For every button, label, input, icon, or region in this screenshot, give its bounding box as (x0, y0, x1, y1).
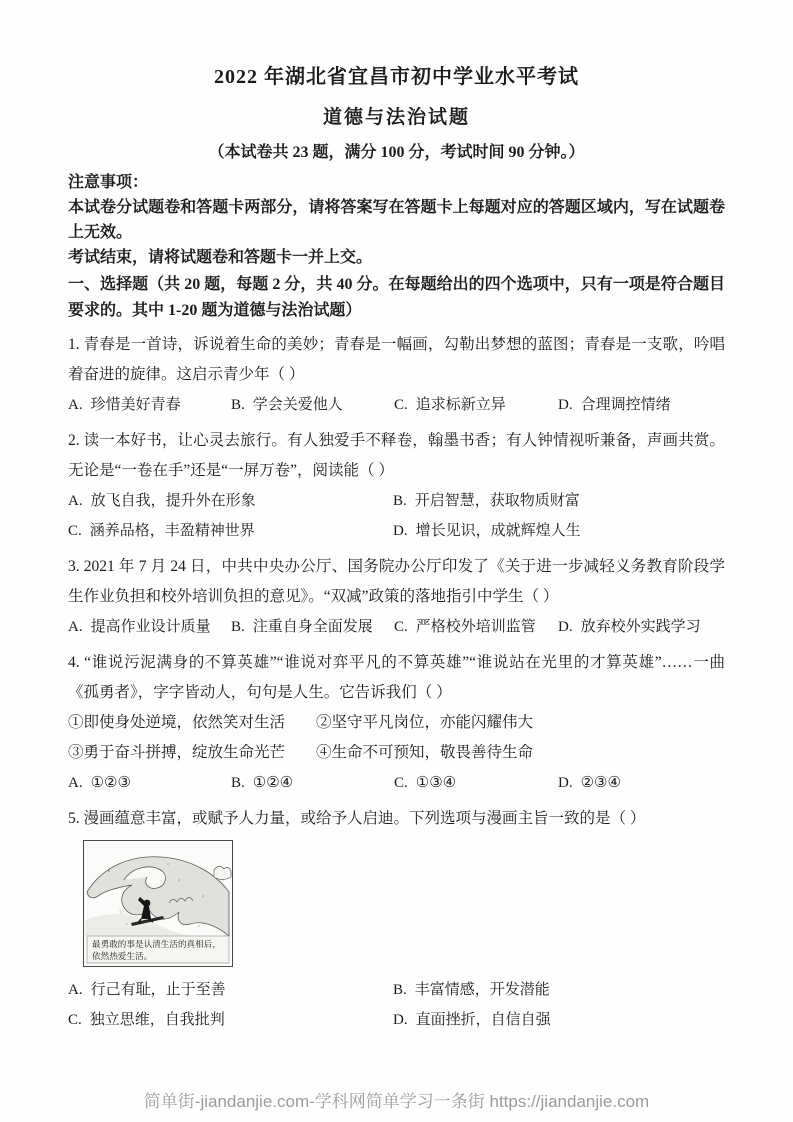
question-4-statements: ①即使身处逆境，依然笑对生活 ②坚守平凡岗位，亦能闪耀伟大 ③勇于奋斗拼搏，绽放… (68, 708, 725, 768)
speckle (108, 870, 110, 872)
q3-option-d: D.放弃校外实践学习 (558, 612, 725, 642)
q5-option-d: D.直面挫折，自信自强 (393, 1005, 725, 1035)
exam-info-line: （本试卷共 23 题，满分 100 分，考试时间 90 分钟。） (68, 139, 725, 162)
q1-option-a: A.珍惜美好青春 (68, 390, 231, 420)
question-2: 2. 读一本好书，让心灵去旅行。有人独爱手不释卷，翰墨书香；有人钟情视听兼备，声… (68, 426, 725, 546)
q4-option-a: A.①②③ (68, 768, 231, 798)
q3-option-b: B.注重自身全面发展 (231, 612, 394, 642)
speckle (178, 879, 180, 881)
page-subtitle: 道德与法治试题 (68, 102, 725, 129)
section-heading: 一、选择题（共 20 题，每题 2 分，共 40 分。在每题给出的四个选项中，只… (68, 272, 725, 324)
footer-watermark: 简单街-jiandanjie.com-学科网简单学习一条街 https://ji… (68, 1087, 725, 1112)
speckle (202, 895, 204, 897)
q5-option-c: C.独立思维，自我批判 (68, 1005, 393, 1035)
question-3-stem: 3. 2021 年 7 月 24 日，中共中央办公厅、国务院办公厅印发了《关于进… (68, 552, 725, 612)
surfer-wave-cartoon: 宜昌信息网 (83, 840, 233, 967)
q2-option-b: B.开启智慧，获取物质财富 (393, 486, 725, 516)
question-4-stem: 4. “谁说污泥满身的不算英雄”“谁说对弈平凡的不算英雄”“谁说站在光里的才算英… (68, 648, 725, 708)
question-5-stem: 5. 漫画蕴意丰富，或赋予人力量，或给予人启迪。下列选项与漫画主旨一致的是（ ） (68, 804, 725, 834)
foam-blob (214, 866, 231, 879)
notice-heading: 注意事项： (68, 170, 725, 195)
question-1-stem: 1. 青春是一首诗，诉说着生命的美妙；青春是一幅画，勾勒出梦想的蓝图；青春是一支… (68, 330, 725, 390)
q2-option-c: C.涵养品格，丰盈精神世界 (68, 516, 393, 546)
speckle (126, 923, 128, 925)
q1-option-d: D.合理调控情绪 (558, 390, 725, 420)
question-4-options: A.①②③ B.①②④ C.①③④ D.②③④ (68, 768, 725, 798)
question-4: 4. “谁说污泥满身的不算英雄”“谁说对弈平凡的不算英雄”“谁说站在光里的才算英… (68, 648, 725, 798)
q1-option-b: B.学会关爱他人 (231, 390, 394, 420)
q4-option-c: C.①③④ (394, 768, 558, 798)
q1-option-c: C.追求标新立异 (394, 390, 558, 420)
question-5-options: A.行己有耻，止于至善 B.丰富情感，开发潜能 C.独立思维，自我批判 D.直面… (68, 975, 725, 1035)
notice-line-1: 本试卷分试题卷和答题卡两部分，请将答案写在答题卡上每题对应的答题区域内，写在试题… (68, 195, 725, 245)
q4-statement-2: ②坚守平凡岗位，亦能闪耀伟大 (316, 708, 725, 738)
question-2-options: A.放飞自我，提升外在形象 B.开启智慧，获取物质财富 C.涵养品格，丰盈精神世… (68, 486, 725, 546)
q3-option-a: A.提高作业设计质量 (68, 612, 231, 642)
q2-option-a: A.放飞自我，提升外在形象 (68, 486, 393, 516)
q3-option-c: C.严格校外培训监管 (394, 612, 558, 642)
q5-option-a: A.行己有耻，止于至善 (68, 975, 393, 1005)
q4-statement-4: ④生命不可预知，敬畏善待生命 (316, 738, 725, 768)
q4-statement-3: ③勇于奋斗拼搏，绽放生命光芒 (68, 738, 316, 768)
exam-content: 2022 年湖北省宜昌市初中学业水平考试 道德与法治试题 （本试卷共 23 题，… (0, 0, 793, 1112)
question-1: 1. 青春是一首诗，诉说着生命的美妙；青春是一幅画，勾勒出梦想的蓝图；青春是一支… (68, 330, 725, 420)
question-3-options: A.提高作业设计质量 B.注重自身全面发展 C.严格校外培训监管 D.放弃校外实… (68, 612, 725, 642)
q4-statement-1: ①即使身处逆境，依然笑对生活 (68, 708, 316, 738)
exam-paper-page: 2022 年湖北省宜昌市初中学业水平考试 道德与法治试题 （本试卷共 23 题，… (0, 0, 793, 1122)
cartoon-caption-line2: 依然热爱生活。 (92, 950, 152, 961)
notice-line-2: 考试结束，请将试题卷和答题卡一并上交。 (68, 245, 725, 270)
speckle (167, 863, 169, 865)
page-title: 2022 年湖北省宜昌市初中学业水平考试 (68, 60, 725, 89)
q2-option-d: D.增长见识，成就辉煌人生 (393, 516, 725, 546)
cartoon-image: 宜昌信息网 (83, 840, 233, 967)
q4-option-d: D.②③④ (558, 768, 725, 798)
speckle (198, 925, 200, 927)
q5-option-b: B.丰富情感，开发潜能 (393, 975, 725, 1005)
question-2-stem: 2. 读一本好书，让心灵去旅行。有人独爱手不释卷，翰墨书香；有人钟情视听兼备，声… (68, 426, 725, 486)
cartoon-caption-line1: 最勇敢的事是认清生活的真相后， (92, 938, 221, 950)
q4-option-b: B.①②④ (231, 768, 394, 798)
question-5: 5. 漫画蕴意丰富，或赋予人力量，或给予人启迪。下列选项与漫画主旨一致的是（ ）… (68, 804, 725, 1035)
question-3: 3. 2021 年 7 月 24 日，中共中央办公厅、国务院办公厅印发了《关于进… (68, 552, 725, 642)
question-1-options: A.珍惜美好青春 B.学会关爱他人 C.追求标新立异 D.合理调控情绪 (68, 390, 725, 420)
